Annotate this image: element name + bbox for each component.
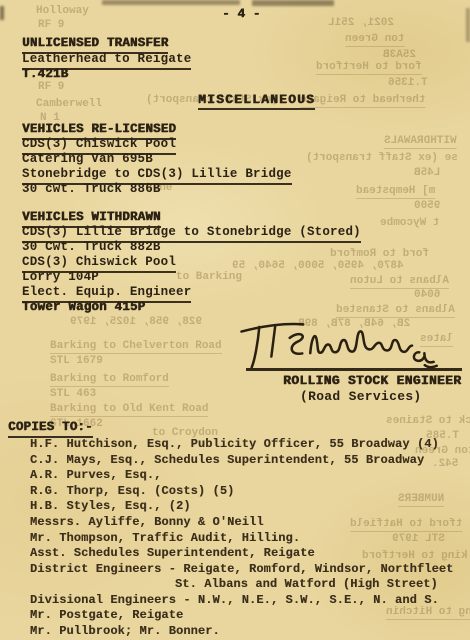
ink-smudge [0, 6, 4, 20]
ghost-text: NUMBERS [398, 494, 444, 507]
ghost-text: STL 1979 [392, 534, 445, 545]
copies-recipient: H.B. Styles, Esq., (2) [30, 499, 191, 513]
ghost-text: to Barking [176, 272, 242, 283]
ghost-text: L45B [414, 168, 440, 179]
ghost-text: t Wycombe [380, 218, 439, 229]
ink-smudge [252, 0, 334, 6]
ghost-text: RF 9 [38, 20, 64, 31]
copies-recipient: Asst. Schedules Superintendent, Reigate [30, 546, 315, 560]
copies-recipient: Divisional Engineers - N.W., N.E., S.W.,… [30, 593, 439, 607]
vehicle-line: Tower Wagon 415P [22, 301, 145, 315]
ghost-text: STL 1679 [50, 356, 103, 367]
ink-smudge [466, 8, 470, 42]
copies-recipient: Messrs. Ayliffe, Bonny & O'Neill [30, 515, 264, 529]
copies-recipient: H.F. Hutchison, Esq., Publicity Officer,… [30, 437, 439, 451]
ghost-text: 25A3B [383, 50, 416, 61]
ghost-text: king to Hitchin [386, 607, 470, 620]
vehicle-line: Catering Van 695B [22, 153, 153, 167]
document-page: HollowayRF 92021, 251Lton Green25A3Bford… [0, 0, 470, 640]
ink-smudge [102, 0, 240, 5]
copies-recipient: C.J. Mays, Esq., Schedules Superintenden… [30, 453, 424, 467]
page-number: - 4 - [222, 8, 261, 22]
ghost-text: ford to Romford [330, 249, 429, 260]
ghost-text: therhead to Reigate [300, 95, 425, 108]
copies-recipient: Mr. Thompson, Traffic Audit, Hilling. [30, 531, 300, 545]
ghost-text: Barking to Old Kent Road [50, 404, 208, 417]
ghost-text: m] Hempstead [356, 186, 435, 199]
ghost-text: ck to Staines [386, 416, 470, 427]
ghost-text: 9500 [414, 201, 440, 212]
signature-rule [246, 368, 462, 371]
vehicle-line: 30 cwt. Truck 886B [22, 183, 161, 197]
ghost-text: Holloway [36, 6, 89, 17]
section-heading-miscellaneous: MISCELLANEOUS [198, 93, 315, 110]
copies-recipient: R.G. Thorp, Esq. (Costs) (5) [30, 484, 234, 498]
signatory-title: ROLLING STOCK ENGINEER [283, 374, 461, 388]
ghost-text: Camberwell [36, 99, 102, 110]
ghost-text: 6040 [414, 290, 440, 301]
ghost-text: RF 9 [38, 82, 64, 93]
ghost-text: ton Green [345, 34, 404, 47]
ghost-text: WITHDRAWALS [384, 136, 457, 149]
copies-recipient: District Engineers - Reigate, Romford, W… [30, 562, 453, 576]
ghost-text: T.1356 [388, 78, 428, 89]
ghost-text: 4870, 4950, 5000, 5640, 59 [232, 261, 404, 272]
ghost-text: Barking to Romford [50, 374, 169, 387]
ghost-text: Albans to Luton [350, 276, 449, 289]
vehicle-line: 30 Cwt. Truck 882B [22, 241, 161, 255]
copies-recipient: Mr. Postgate, Reigate [30, 608, 183, 622]
ghost-text: 928, 958, 1025, 1979 [70, 317, 202, 328]
ghost-text: 542. [432, 459, 458, 470]
ghost-text: Barking to Chelverton Road [50, 341, 222, 354]
vehicle-line: Lorry 104P [22, 271, 99, 285]
ghost-text: STL 463 [50, 389, 96, 400]
copies-recipient-continuation: St. Albans and Watford (High Street) [175, 577, 438, 591]
vehicle-line: T.421B [22, 68, 68, 82]
copies-heading: COPIES TO:- [8, 421, 93, 438]
signatory-department: (Road Services) [300, 390, 422, 404]
copies-recipient: A.R. Purves, Esq., [30, 468, 161, 482]
ghost-text: king to Hertford [362, 551, 468, 562]
ghost-text: ford to Hertford [316, 62, 422, 75]
ghost-text: se (ex Staff transport) [306, 153, 458, 164]
ghost-text: 2021, 251L [328, 18, 394, 29]
copies-recipient: Mr. Pullbrook; Mr. Bonner. [30, 624, 220, 638]
ghost-text: tford to Hatfield [350, 519, 462, 532]
